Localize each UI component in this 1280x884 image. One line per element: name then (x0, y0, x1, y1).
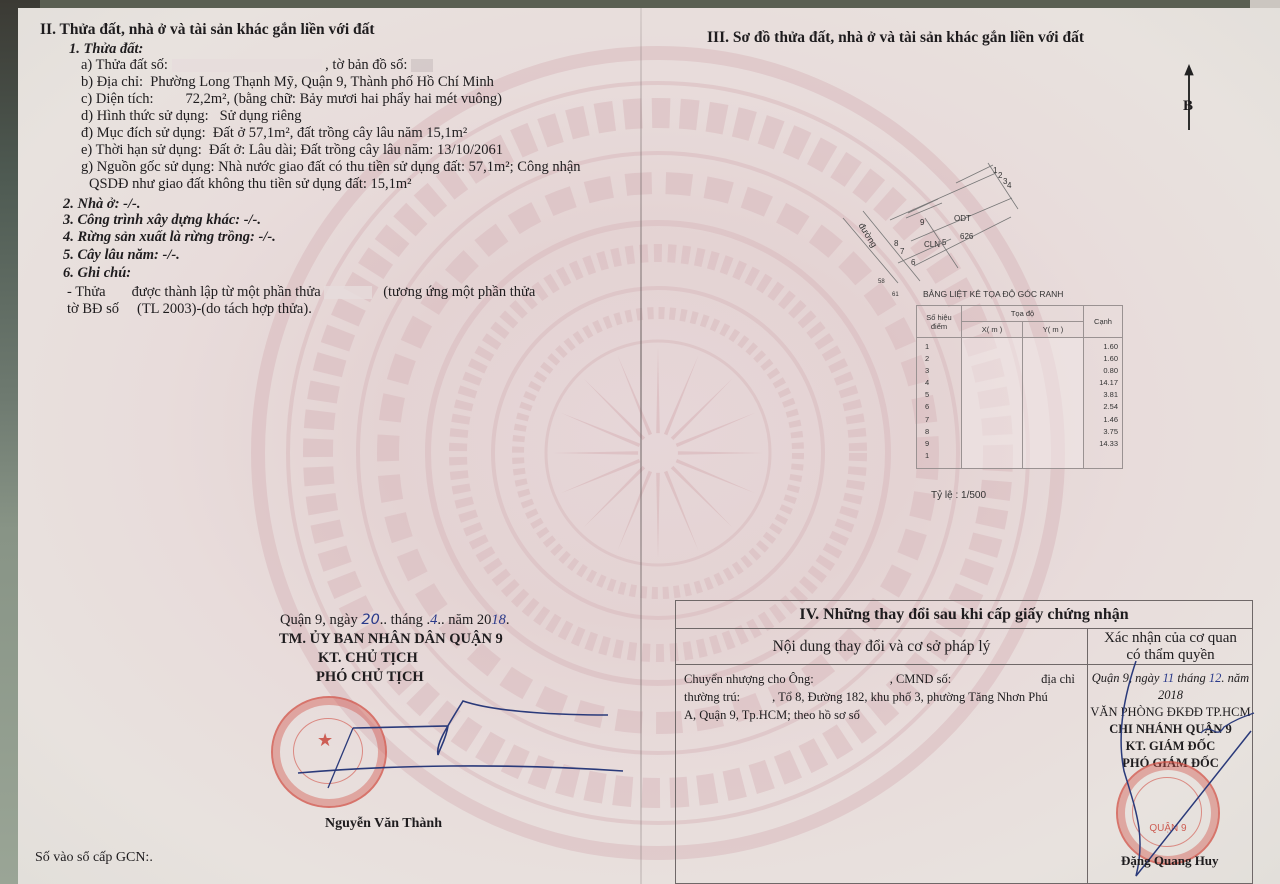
land-item-c: c) Diện tích:72,2m², (bằng chữ: Bảy mươi… (81, 91, 502, 107)
issue-date: Quận 9, ngày 20.. tháng .4.. năm 2018. (280, 612, 509, 628)
y-coordinate-column (1023, 338, 1084, 469)
edge-length: 2.54 (1084, 402, 1122, 414)
planted-forest-item: 4. Rừng sản xuất là rừng trồng: -/-. (63, 229, 276, 245)
section-4-heading: IV. Những thay đổi sau khi cấp giấy chứn… (676, 601, 1252, 629)
perennial-tree-item: 5. Cây lâu năm: -/-. (63, 247, 180, 263)
north-label: B (1183, 98, 1193, 114)
changes-content-header: Nội dung thay đổi và cơ sở pháp lý (676, 628, 1088, 665)
edge-length: 3.81 (1084, 390, 1122, 402)
point-number: 8 (917, 427, 961, 439)
edge-length: 0.80 (1084, 366, 1122, 378)
edge-length: 14.33 (1084, 439, 1122, 451)
notes-heading: 6. Ghi chú: (63, 265, 131, 281)
x-coordinate-column (962, 338, 1023, 469)
edge-length: 1.60 (1084, 354, 1122, 366)
point-number: 9 (917, 439, 961, 451)
coordinate-table: Số hiệuđiểm Tọa độ Cạnh X( m ) Y( m ) 12… (916, 305, 1123, 469)
house-item: 2. Nhà ở: -/-. (63, 196, 140, 212)
land-certificate-page: II. Thửa đất, nhà ở và tài sản khác gắn … (18, 8, 1280, 884)
signer-role-1: KT. CHỦ TỊCH (318, 650, 418, 666)
point-number: 3 (917, 366, 961, 378)
land-item-b: b) Địa chỉ: Phường Long Thạnh Mỹ, Quận 9… (81, 74, 494, 90)
point-number: 5 (917, 390, 961, 402)
land-item-e: e) Thời hạn sử dụng: Đất ở: Lâu dài; Đất… (81, 142, 503, 158)
land-heading: 1. Thửa đất: (69, 41, 143, 57)
land-item-g-line2: QSDĐ như giao đất không thu tiền sử dụng… (89, 176, 412, 192)
confirmation-header: Xác nhận của cơ quancó thẩm quyền (1088, 628, 1253, 665)
note-line-1: - Thửađược thành lập từ một phần thửa (t… (67, 284, 535, 300)
north-arrow-icon (1182, 64, 1196, 130)
other-construction-item: 3. Công trình xây dựng khác: -/-. (63, 212, 261, 228)
signer-role-2: PHÓ CHỦ TỊCH (316, 669, 424, 685)
land-item-a: a) Thửa đất số: , tờ bản đồ số: (81, 57, 433, 73)
point-number: 1 (917, 342, 961, 354)
edge-length: 1.46 (1084, 415, 1122, 427)
scale-label: Tỷ lệ : 1/500 (931, 490, 986, 501)
land-registration-office-stamp: QUẬN 9 (1116, 761, 1220, 865)
changes-section: IV. Những thay đổi sau khi cấp giấy chứn… (675, 600, 1253, 884)
land-item-dd: đ) Mục đích sử dụng: Đất ở 57,1m², đất t… (81, 125, 467, 141)
section-3-heading: III. Sơ đồ thửa đất, nhà ở và tài sản kh… (707, 30, 1084, 46)
registry-number-label: Số vào sổ cấp GCN:. (35, 850, 153, 866)
point-number: 2 (917, 354, 961, 366)
point-number: 4 (917, 378, 961, 390)
page-fold (640, 8, 642, 884)
transfer-note: Chuyển nhượng cho Ông:, CMND số:địa chỉ … (684, 670, 1079, 724)
point-number-column: 1234567891 (917, 338, 962, 469)
point-number: 6 (917, 402, 961, 414)
district-committee-stamp: ★ (271, 696, 387, 808)
point-number: 1 (917, 451, 961, 463)
issuing-authority: TM. ỦY BAN NHÂN DÂN QUẬN 9 (279, 631, 503, 647)
edge-length: 3.75 (1084, 427, 1122, 439)
coordinate-table-title: BẢNG LIỆT KÊ TỌA ĐỘ GÓC RANH (923, 289, 1063, 299)
land-item-d: d) Hình thức sử dụng: Sử dụng riêng (81, 108, 302, 124)
confirmation-block: Quận 9, ngày 11 tháng 12. năm 2018 VĂN P… (1088, 670, 1253, 772)
land-item-g: g) Nguồn gốc sử dụng: Nhà nước giao đất … (81, 159, 581, 175)
note-line-2: tờ BĐ số(TL 2003)-(do tách hợp thửa). (67, 301, 312, 317)
signer-name-left: Nguyễn Văn Thành (325, 816, 442, 832)
signer-name-right: Đặng Quang Huy (1121, 853, 1219, 869)
point-number: 7 (917, 415, 961, 427)
edge-length: 14.17 (1084, 378, 1122, 390)
edge-length: 1.60 (1084, 342, 1122, 354)
section-2-heading: II. Thửa đất, nhà ở và tài sản khác gắn … (40, 22, 375, 38)
edge-length-column: 1.601.600.8014.173.812.541.463.7514.33 (1084, 338, 1123, 469)
